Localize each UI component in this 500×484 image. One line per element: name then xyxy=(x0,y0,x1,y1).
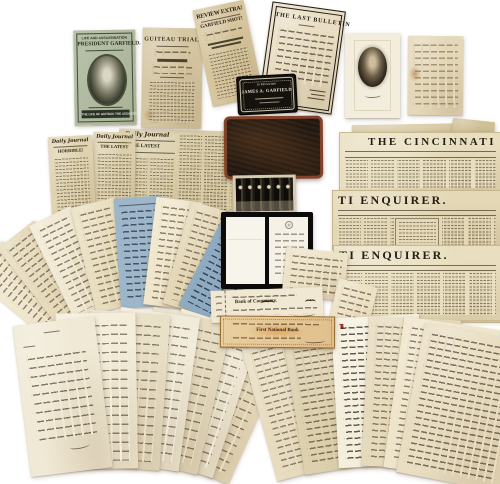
masthead: THE CINCINNATI xyxy=(368,137,496,148)
headline: HORRIBLE! xyxy=(49,148,93,155)
pamphlet-guiteau-trial: GUITEAU TRIAL. xyxy=(141,27,203,128)
handwriting-texture xyxy=(26,347,98,442)
dateline xyxy=(339,265,496,271)
greeting-line xyxy=(23,345,35,348)
signature-line xyxy=(307,97,324,101)
masthead: TI ENQUIRER. xyxy=(338,194,448,206)
photo-lower-fade xyxy=(236,201,293,212)
portrait-oval xyxy=(358,47,387,87)
letter-top-right xyxy=(408,36,464,115)
newspaper-enquirer-middle: TI ENQUIRER. xyxy=(332,190,500,250)
newspaper-cincinnati-top: THE CINCINNATI xyxy=(339,132,500,193)
divider xyxy=(89,107,123,109)
garfield-engraving xyxy=(345,33,400,118)
pamphlet-life-of-garfield: LIFE AND ASSASSINATION PRESIDENT GARFIEL… xyxy=(73,29,137,125)
cover-title: PRESIDENT GARFIELD. xyxy=(77,42,131,48)
folder-page-left xyxy=(226,217,265,284)
dateline xyxy=(345,151,496,158)
newsprint-texture xyxy=(398,221,436,243)
garfield-portrait-oval xyxy=(87,54,128,107)
divider xyxy=(160,77,184,78)
page-crease xyxy=(228,239,263,240)
embossed-seal-icon xyxy=(285,221,293,229)
masthead: Daily Journal xyxy=(94,135,136,141)
leather-wallet xyxy=(224,116,324,180)
dateline xyxy=(338,210,496,216)
ornate-border: In Memoriam JAMES A. GARFIELD xyxy=(239,77,295,113)
masthead: Daily Journal xyxy=(48,138,92,145)
cover-frame: LIFE AND ASSASSINATION PRESIDENT GARFIEL… xyxy=(76,33,134,123)
divider xyxy=(298,24,314,27)
boxed-notice xyxy=(395,218,439,246)
signature-line xyxy=(309,89,325,92)
date-line xyxy=(44,330,60,333)
bank-name: First National Bank xyxy=(221,328,334,334)
date-script xyxy=(231,321,321,326)
signature-squiggle xyxy=(69,441,90,451)
headline: THE LATEST xyxy=(93,145,135,150)
bold-line xyxy=(157,59,187,62)
eagle-icon xyxy=(304,289,315,294)
signature-line xyxy=(311,93,325,96)
divider xyxy=(86,50,124,52)
group-photograph xyxy=(233,174,297,214)
stain xyxy=(409,66,421,82)
check-first-national-bank: First National Bank xyxy=(220,315,335,348)
cover-footer-band: THE LIFE OF GUITEAU THE ASSASSIN xyxy=(82,110,130,119)
small-print xyxy=(154,49,190,58)
memorial-card: In Memoriam JAMES A. GARFIELD xyxy=(236,73,298,115)
small-print xyxy=(152,64,192,75)
pamphlet-title: GUITEAU TRIAL. xyxy=(143,36,203,43)
body-text-texture xyxy=(148,81,195,124)
amount-script xyxy=(231,335,301,344)
divider xyxy=(157,46,189,48)
handwriting-texture xyxy=(404,331,500,484)
newsprint-texture xyxy=(345,159,496,188)
bank-name: Bank of Commerce. xyxy=(235,299,278,305)
form-header-rule xyxy=(119,203,157,207)
masthead: TI ENQUIRER. xyxy=(339,249,449,261)
cover-footer: THE LIFE OF GUITEAU THE ASSASSIN xyxy=(82,112,130,116)
photo-canvas: Daily Journal THE LATEST Daily Journal T… xyxy=(0,0,500,484)
